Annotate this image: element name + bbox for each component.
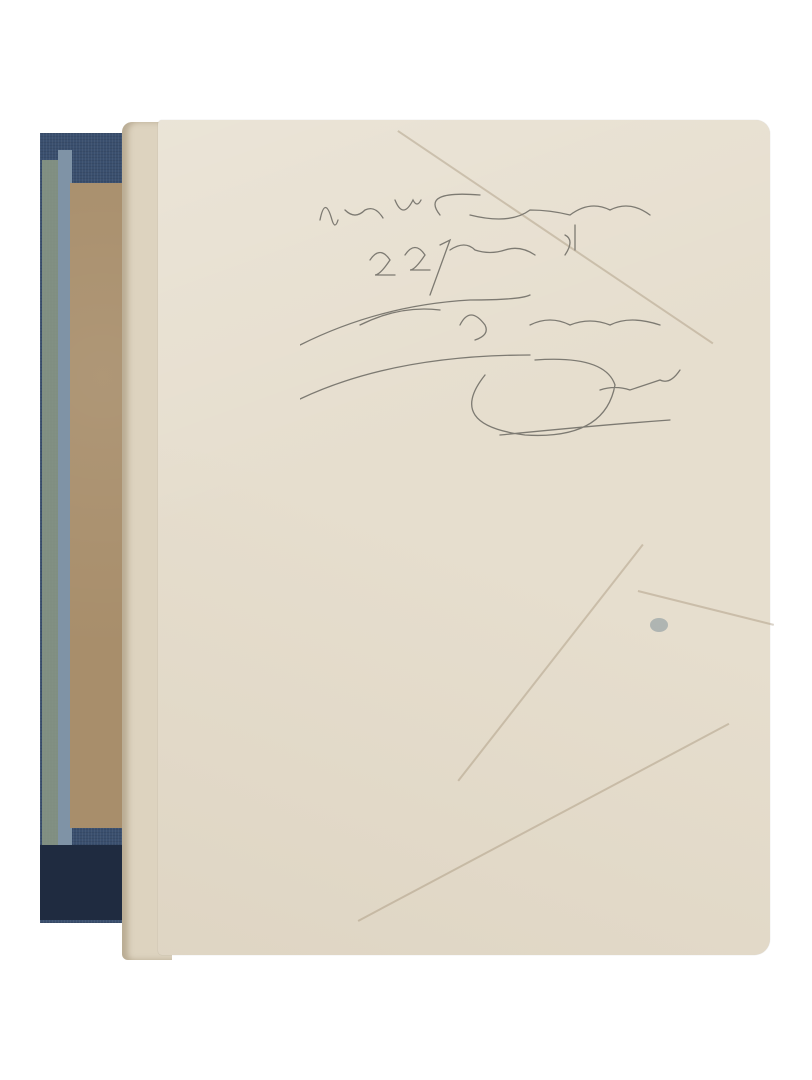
- book-photo: Mrs A.K. Cruikshank 22 Dunden St Fort Wi…: [0, 0, 812, 1080]
- water-stain: [650, 618, 668, 632]
- flyleaf-page: [158, 120, 770, 955]
- page-crease: [457, 544, 643, 781]
- page-crease: [398, 130, 714, 344]
- page-crease: [358, 723, 730, 922]
